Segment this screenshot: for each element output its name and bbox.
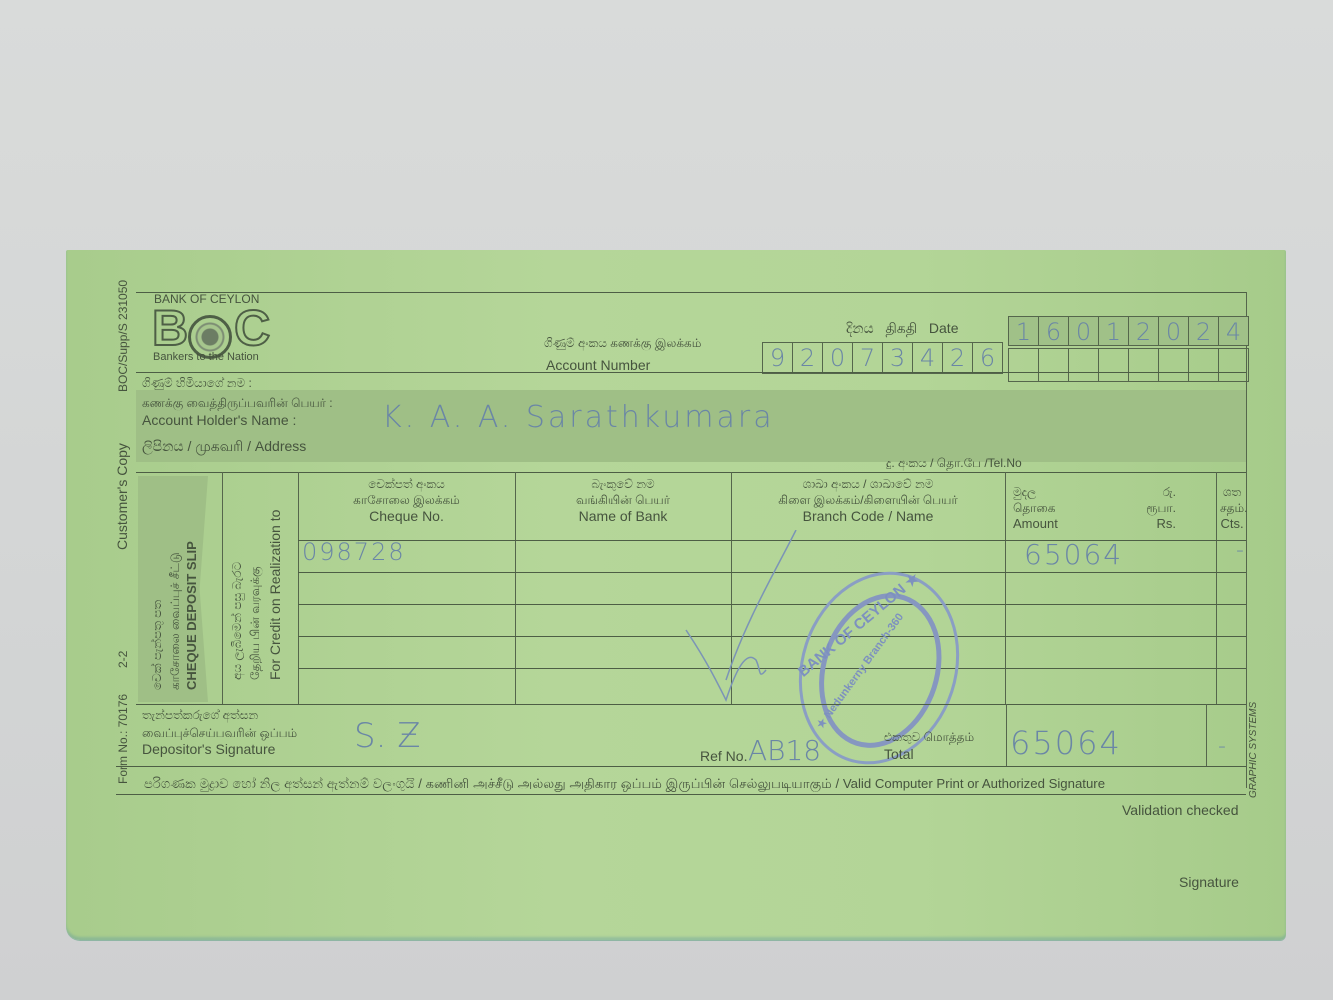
slip-title-ta: காசோலை வைப்புச் சீட்டு xyxy=(168,552,184,690)
digit-value: 1 xyxy=(1009,318,1038,346)
depositor-sig-en: Depositor's Signature xyxy=(142,741,275,757)
column-header-ta: கிளை இலக்கம்/கிளையின் பெயர் xyxy=(731,492,1005,508)
total-label-ta: மொத்தம் xyxy=(924,730,975,744)
column-header-si: බැංකුවේ නම xyxy=(515,476,731,492)
cell-cts[interactable]: - xyxy=(1236,538,1244,563)
supp-code: BOC/Supp/S 231050 xyxy=(116,280,130,392)
column-header-si: රු. xyxy=(1116,484,1176,500)
digit-value: 9 xyxy=(763,344,792,372)
date-label-en: Date xyxy=(929,320,959,336)
digit-box[interactable] xyxy=(1098,348,1129,382)
digit-box[interactable]: 1 xyxy=(1098,316,1129,346)
digit-box[interactable]: 2 xyxy=(1128,316,1159,346)
column-header-si: චෙක්පත් අංකය xyxy=(298,476,515,492)
total-label-local: එකතුව மொத்தம் xyxy=(884,730,974,746)
digit-box[interactable]: 2 xyxy=(1188,316,1219,346)
digit-box[interactable] xyxy=(1188,348,1219,382)
digit-box[interactable]: 4 xyxy=(912,342,943,374)
divider xyxy=(1006,704,1007,766)
date-label: දිනය திகதி Date xyxy=(846,320,958,339)
credit-label-si: අය ලැබීමෙන් පසු බැරට xyxy=(230,562,245,680)
column-header-en: Cts. xyxy=(1220,516,1244,532)
holder-name-value[interactable]: K. A. A. Sarathkumara xyxy=(382,400,775,435)
slip-title-si: චෙක් පැන්පතු පත xyxy=(150,600,165,690)
ref-value[interactable]: AB18 xyxy=(748,734,821,767)
column-header: චෙක්පත් අංකයகாசோலை இலக்கம்Cheque No. xyxy=(298,476,515,524)
digit-value: 4 xyxy=(1219,318,1248,346)
digit-value: 0 xyxy=(1069,318,1098,346)
holder-label-ta: கணக்கு வைத்திருப்பவரின் பெயர் : xyxy=(142,396,333,412)
account-label-ta: கணக்கு இலக்கம் xyxy=(610,336,701,350)
printer-credit: GRAPHIC SYSTEMS xyxy=(1248,702,1259,798)
holder-label-si: ගිණුම් හිමියාගේ නම : xyxy=(142,376,252,391)
digit-box[interactable]: 2 xyxy=(792,342,823,374)
digit-box[interactable] xyxy=(1008,348,1039,382)
logo-letter-b: B xyxy=(152,300,186,356)
digit-box[interactable]: 4 xyxy=(1218,316,1249,346)
digit-value: 0 xyxy=(823,344,852,372)
column-header: ශතசதம்.Cts. xyxy=(1220,484,1244,532)
digit-box[interactable] xyxy=(1068,348,1099,382)
depositor-sig-ta: வைப்புச்செய்பவரின் ஒப்பம் xyxy=(142,726,297,742)
holder-label-en: Account Holder's Name : xyxy=(142,412,296,428)
digit-value: 2 xyxy=(793,344,822,372)
digit-box[interactable]: 9 xyxy=(762,342,793,374)
column-header: බැංකුවේ නමவங்கியின் பெயர்Name of Bank xyxy=(515,476,731,524)
logo-letter-c: C xyxy=(234,300,268,356)
column-header-ta: வங்கியின் பெயர் xyxy=(515,492,731,508)
digit-value: 6 xyxy=(973,344,1002,372)
digit-box[interactable]: 0 xyxy=(1158,316,1189,346)
digit-value: 6 xyxy=(1039,318,1068,346)
digit-box[interactable]: 0 xyxy=(822,342,853,374)
divider xyxy=(1206,704,1207,766)
column-header: මුදලதொகைAmount xyxy=(1013,484,1073,532)
tel-label: දු. අංකය / தொ.பே /Tel.No xyxy=(886,456,1022,472)
address-label: ලිපිනය / முகவரி / Address xyxy=(142,438,306,457)
copy-label: Customer's Copy xyxy=(114,443,130,550)
column-header-en: Branch Code / Name xyxy=(731,508,1005,524)
account-label-local: ගිණුම් අංකය கணக்கு இலக்கம் xyxy=(544,336,701,352)
digit-box[interactable] xyxy=(1038,348,1069,382)
digit-box[interactable]: 6 xyxy=(1038,316,1069,346)
column-header: රු.ரூபா.Rs. xyxy=(1116,484,1176,532)
form-no: Form No.: 70176 xyxy=(116,694,130,784)
date-label-ta: திகதி xyxy=(885,320,917,336)
column-header-ta: தொகை xyxy=(1013,500,1073,516)
total-rs-value[interactable]: 65064 xyxy=(1010,724,1122,762)
signature-label: Signature xyxy=(1179,874,1239,890)
column-header-en: Amount xyxy=(1013,516,1073,532)
tagline: Bankers to the Nation xyxy=(153,351,259,363)
cell-cheque-no[interactable]: 098728 xyxy=(302,538,406,566)
divider xyxy=(116,766,1246,767)
column-header-en: Cheque No. xyxy=(298,508,515,524)
account-label-si: ගිණුම් අංකය xyxy=(544,336,607,350)
date-label-si: දිනය xyxy=(846,320,874,336)
column-header: ශාඛා අංකය / ශාඛාවේ නමகிளை இலக்கம்/கிளையி… xyxy=(731,476,1005,524)
ref-label: Ref No. xyxy=(700,748,747,764)
digit-box[interactable]: 7 xyxy=(852,342,883,374)
cell-amount-rs[interactable]: 65064 xyxy=(1024,538,1123,571)
divider xyxy=(136,372,1246,373)
column-header-ta: காசோலை இலக்கம் xyxy=(298,492,515,508)
slip-title-en: CHEQUE DEPOSIT SLIP xyxy=(184,541,199,690)
digit-value: 0 xyxy=(1159,318,1188,346)
credit-label-ta: தேறிய பின் வரவுக்கு xyxy=(248,566,264,680)
total-label-si: එකතුව xyxy=(884,730,920,744)
column-header-ta: ரூபா. xyxy=(1116,500,1176,516)
validation-label: Validation checked xyxy=(1122,802,1238,818)
divider xyxy=(222,472,223,704)
digit-value: 2 xyxy=(1189,318,1218,346)
column-header-si: ශත xyxy=(1220,484,1244,500)
digit-value: 3 xyxy=(883,344,912,372)
total-cts-value[interactable]: - xyxy=(1218,734,1226,759)
divider xyxy=(116,794,1246,795)
validity-note: පරිගණක මුද්‍රාව හෝ නිල අත්සන් ඇත්නම් වලං… xyxy=(144,776,1105,793)
column-header-en: Name of Bank xyxy=(515,508,731,524)
digit-value: 2 xyxy=(943,344,972,372)
digit-box[interactable]: 6 xyxy=(972,342,1003,374)
digit-value: 1 xyxy=(1099,318,1128,346)
top-border xyxy=(136,292,1246,293)
digit-box[interactable]: 0 xyxy=(1068,316,1099,346)
account-label-en: Account Number xyxy=(546,357,650,373)
initial-scribble xyxy=(666,530,806,720)
digit-box[interactable] xyxy=(1218,348,1249,382)
credit-label-en: For Credit on Realization to xyxy=(267,510,283,680)
copy-no: 2-2 xyxy=(116,651,130,668)
total-label-en: Total xyxy=(884,746,914,762)
column-header-si: ශාඛා අංකය / ශාඛාවේ නම xyxy=(731,476,1005,492)
column-header-ta: சதம். xyxy=(1220,500,1244,516)
digit-box[interactable] xyxy=(1158,348,1189,382)
deposit-slip: BOC/Supp/S 231050 Customer's Copy 2-2 Fo… xyxy=(66,250,1286,940)
digit-box[interactable]: 1 xyxy=(1008,316,1039,346)
column-header-en: Rs. xyxy=(1116,516,1176,532)
digit-value: 4 xyxy=(913,344,942,372)
digit-box[interactable]: 2 xyxy=(942,342,973,374)
digit-value: 7 xyxy=(853,344,882,372)
column-header-si: මුදල xyxy=(1013,484,1073,500)
digit-value: 2 xyxy=(1129,318,1158,346)
depositor-signature-value[interactable]: S. Ƶ xyxy=(354,716,421,756)
depositor-sig-si: තැන්පත්කරුගේ අත්සන xyxy=(142,708,258,723)
divider xyxy=(136,704,1246,705)
digit-box[interactable]: 3 xyxy=(882,342,913,374)
digit-box[interactable] xyxy=(1128,348,1159,382)
